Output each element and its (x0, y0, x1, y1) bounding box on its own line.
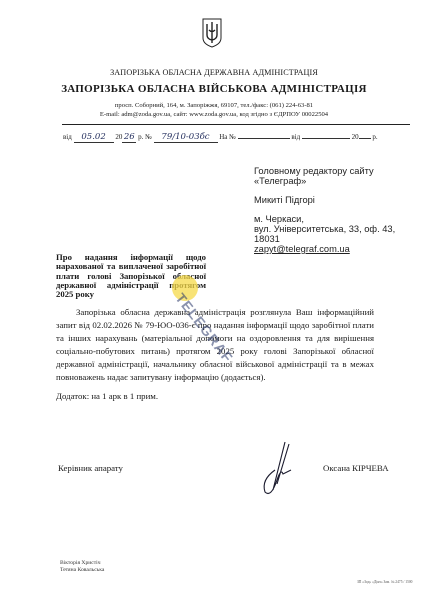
recipient-position: Головному редактору сайту (254, 166, 395, 176)
header-divider (62, 124, 410, 125)
signer-position: Керівник апарату (58, 463, 123, 473)
ref-number (238, 138, 290, 139)
ref-from-label: від (291, 133, 300, 141)
org-address: просп. Соборний, 164, м. Запоріжжя, 6910… (0, 102, 428, 109)
ref-year-prefix: 20 (352, 133, 359, 141)
attachment-note: Додаток: на 1 арк в 1 прим. (56, 391, 158, 401)
recipient-block: Головному редактору сайту «Телеграф» Мик… (254, 166, 395, 254)
org-name-military-admin: ЗАПОРІЗЬКА ОБЛАСНА ВІЙСЬКОВА АДМІНІСТРАЦ… (0, 83, 428, 95)
registration-line: від 05.02 2026 р. № 79/10-03бс На № від … (63, 132, 378, 143)
outgoing-number: 79/10-03бс (154, 132, 218, 143)
ref-date (302, 138, 350, 139)
from-label: від (63, 133, 72, 141)
executor-name: Вікторія Христіч (60, 560, 104, 567)
ref-year-unit: р. (372, 133, 377, 141)
outgoing-date: 05.02 (74, 132, 114, 143)
recipient-outlet: «Телеграф» (254, 176, 395, 186)
handwritten-signature-icon (255, 440, 300, 500)
executors: Вікторія Христіч Тетяна Ковальська (60, 560, 104, 574)
year-unit: р. (138, 133, 143, 141)
signer-name: Оксана КІРЧЕВА (323, 463, 389, 473)
recipient-street: вул. Університетська, 33, оф. 43, (254, 224, 395, 234)
org-contacts: E-mail: adm@zoda.gov.ua, сайт: www.zoda.… (0, 111, 428, 118)
number-label: № (145, 133, 152, 141)
ref-label: На № (219, 133, 236, 141)
org-name-state-admin: ЗАПОРІЗЬКА ОБЛАСНА ДЕРЖАВНА АДМІНІСТРАЦІ… (0, 68, 428, 77)
executor-name: Тетяна Ковальська (60, 567, 104, 574)
year-prefix: 20 (115, 133, 122, 141)
recipient-email[interactable]: zapyt@telegraf.com.ua (254, 244, 395, 254)
outgoing-year: 26 (122, 132, 136, 143)
recipient-name: Микиті Підгорі (254, 195, 395, 205)
recipient-postcode: 18031 (254, 234, 395, 244)
recipient-city: м. Черкаси, (254, 214, 395, 224)
ref-year (359, 138, 371, 139)
coat-of-arms-icon (202, 18, 222, 48)
print-code: ЗП «Зод» «Діяч» Зам. № 2475 / 1500 (357, 580, 412, 584)
